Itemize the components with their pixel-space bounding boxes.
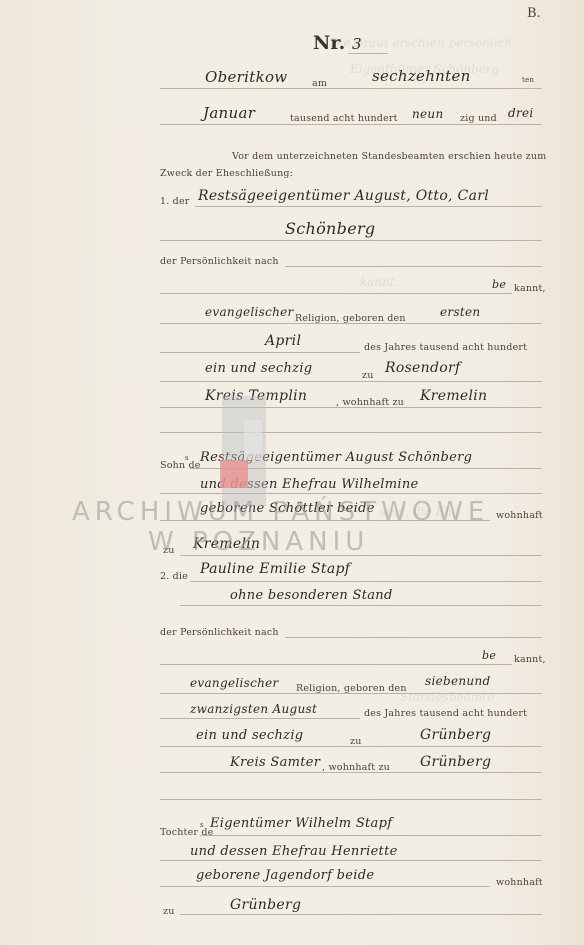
groom-residence: Kremelin <box>420 388 487 404</box>
bride-status: ohne besonderen Stand <box>230 588 393 603</box>
corner-mark: B. <box>527 6 541 21</box>
bride-number-label: 2. die <box>160 571 188 582</box>
bride-year-label: des Jahres tausend acht hundert <box>364 708 527 719</box>
bride-names: Pauline Emilie Stapf <box>200 561 350 577</box>
place-of-record: Oberitkow <box>205 68 287 86</box>
bride-known-label: kannt, <box>514 654 546 665</box>
record-number: 3 <box>352 35 362 53</box>
bride-wohnhaft-label: wohnhaft <box>496 877 543 888</box>
groom-religion: evangelischer <box>205 305 294 319</box>
groom-occupation-names: Restsägeeigentümer August, Otto, Carl <box>198 188 489 204</box>
record-month: Januar <box>203 104 255 122</box>
bride-father: Eigentümer Wilhelm Stapf <box>210 816 392 831</box>
year-printed-label: tausend acht hundert <box>290 113 398 124</box>
groom-number-label: 1. der <box>160 196 190 207</box>
bride-birth-year: ein und sechzig <box>196 728 303 743</box>
bride-birthplace: Grünberg <box>420 727 491 743</box>
daughter-of-suffix: s <box>200 821 204 829</box>
year-tens: neun <box>412 107 444 121</box>
archive-watermark-line1: ARCHIWUM PAŃSTWOWE <box>72 497 489 527</box>
year-mid-label: zig und <box>460 113 497 124</box>
groom-birthplace: Rosendorf <box>385 360 460 376</box>
record-day: sechzehnten <box>372 67 471 85</box>
groom-identity-value: be <box>492 278 506 291</box>
ten-label: ten <box>522 76 534 84</box>
record-number-label: Nr. <box>313 32 345 54</box>
bride-mother-maiden: geborene Jagendorf beide <box>196 868 374 883</box>
bride-identity-value: be <box>482 649 496 662</box>
bride-residence: Grünberg <box>420 754 491 770</box>
document-page: Die Braut erschien persönlich Eigenthüme… <box>0 0 584 945</box>
archive-logo-red <box>220 460 248 488</box>
groom-identity-label: der Persönlichkeit nach <box>160 256 279 267</box>
son-of-suffix: s <box>185 454 189 462</box>
bride-district: Kreis Samter <box>230 755 320 770</box>
bride-parents-zu-label: zu <box>163 906 175 917</box>
bride-parents-residence: Grünberg <box>230 897 301 913</box>
groom-birth-month: April <box>265 333 301 349</box>
groom-known-label: kannt, <box>514 283 546 294</box>
son-of-label: Sohn de <box>160 460 201 471</box>
groom-zu-label: zu <box>362 370 374 381</box>
groom-birth-year: ein und sechzig <box>205 361 312 376</box>
groom-wohnhaft-label: wohnhaft <box>496 510 543 521</box>
groom-birth-day: ersten <box>440 305 480 319</box>
year-units: drei <box>508 106 534 120</box>
bride-mother: und dessen Ehefrau Henriette <box>190 844 398 859</box>
bride-birth-day-line1: siebenund <box>425 674 490 688</box>
daughter-of-label: Tochter de <box>160 827 213 838</box>
intro-line-2: Zweck der Eheschließung: <box>160 168 293 179</box>
groom-surname: Schönberg <box>285 219 375 238</box>
bride-religion: evangelischer <box>190 676 279 690</box>
bride-identity-label: der Persönlichkeit nach <box>160 627 279 638</box>
groom-year-label: des Jahres tausend acht hundert <box>364 342 527 353</box>
intro-line-1: Vor dem unterzeichneten Standesbeamten e… <box>232 151 546 162</box>
archive-watermark-line2: W POZNANIU <box>148 527 369 557</box>
bride-birth-day-line2: zwanzigsten August <box>190 702 317 716</box>
